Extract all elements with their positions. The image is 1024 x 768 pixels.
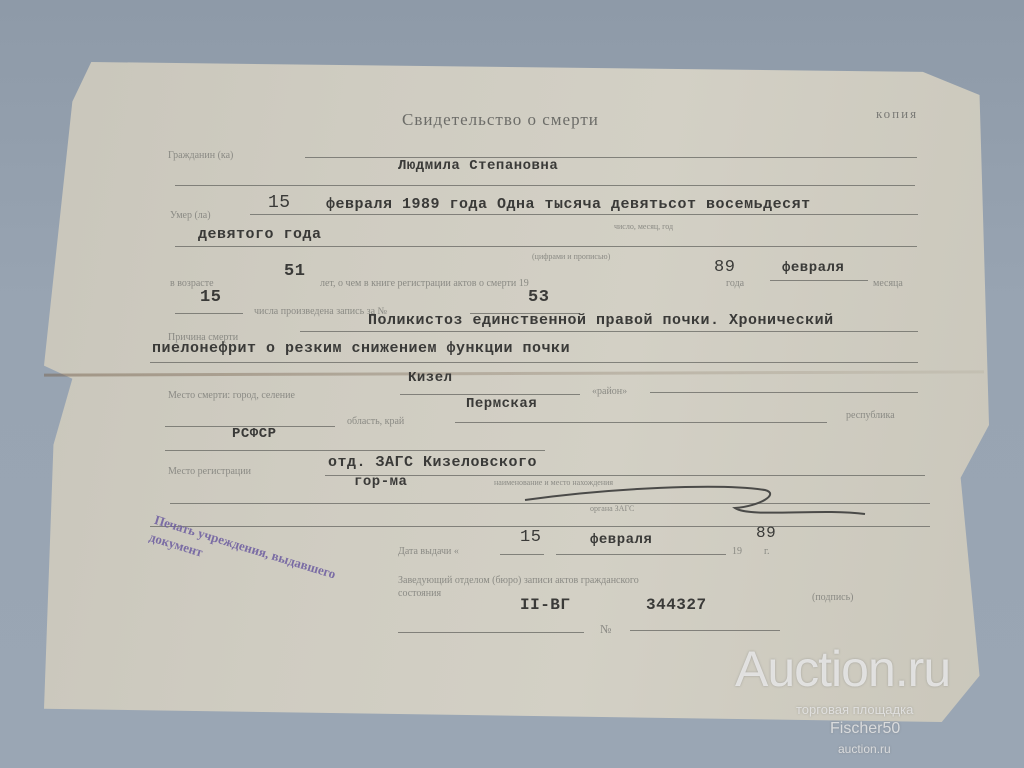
region-label: область, край — [347, 416, 404, 427]
district-label: «район» — [592, 386, 627, 397]
place-label: Место смерти: город, селение — [168, 390, 295, 401]
record-number: 53 — [528, 288, 549, 307]
city-value: Кизел — [408, 370, 453, 386]
rule — [398, 632, 584, 633]
rule — [556, 554, 726, 555]
rule — [455, 422, 827, 423]
watermark-brand: Auction.ru — [735, 640, 950, 698]
rule — [250, 214, 918, 215]
death-date-text-2: девятого года — [198, 226, 322, 243]
issue-date-label: Дата выдачи « — [398, 546, 459, 557]
rule — [325, 475, 925, 476]
issue-day: 15 — [520, 528, 541, 547]
death-date-text: февраля 1989 года Одна тысяча девятьсот … — [326, 196, 811, 213]
region-value: Пермская — [466, 396, 537, 412]
reg-month: февраля — [782, 260, 844, 276]
date-caption: число, месяц, год — [614, 222, 673, 231]
rule — [770, 280, 868, 281]
signature-scribble — [520, 478, 870, 528]
month-suffix: месяца — [873, 278, 903, 289]
age-suffix: лет, о чем в книге регистрации актов о с… — [320, 278, 529, 289]
age-value: 51 — [284, 262, 305, 281]
issue-year-prefix: 19 — [732, 546, 742, 557]
rule — [165, 450, 545, 451]
rule — [500, 554, 544, 555]
document-title: Свидетельство о смерти — [402, 110, 599, 130]
signature-caption: (подпись) — [812, 592, 854, 603]
reg-day: 15 — [200, 288, 221, 307]
rule — [175, 185, 915, 186]
watermark-tagline: торговая площадка — [796, 702, 913, 717]
rule — [630, 630, 780, 631]
reg-place-line-1: отд. ЗАГС Кизеловского — [328, 454, 537, 471]
watermark-site: auction.ru — [838, 742, 891, 756]
died-label: Умер (ла) — [170, 210, 211, 221]
reg-year: 89 — [714, 258, 735, 277]
reg-place-line-2: гор-ма — [354, 474, 407, 490]
number-sign: № — [600, 622, 611, 637]
copy-mark: копия — [876, 106, 918, 122]
rule — [305, 157, 917, 158]
rule — [150, 362, 918, 363]
issue-month: февраля — [590, 532, 652, 548]
cause-line-2: пиелонефрит о резким снижением функции п… — [152, 340, 570, 357]
rule — [400, 394, 580, 395]
year-suffix: года — [726, 278, 744, 289]
issue-year: 89 — [756, 524, 776, 542]
district-text: район — [597, 386, 622, 397]
republic-label: республика — [846, 410, 895, 421]
rule — [300, 331, 918, 332]
series-value: II-ВГ — [520, 596, 571, 614]
republic-value: РСФСР — [232, 426, 277, 442]
cause-line-1: Поликистоз единственной правой почки. Хр… — [368, 312, 834, 329]
rule — [650, 392, 918, 393]
digits-caption: (цифрами и прописью) — [532, 252, 610, 261]
reg-place-label: Место регистрации — [168, 466, 251, 477]
rule — [175, 246, 917, 247]
number-value: 344327 — [646, 596, 707, 614]
given-name: Людмила Степановна — [398, 158, 558, 174]
citizen-label: Гражданин (ка) — [168, 150, 233, 161]
rule — [175, 313, 243, 314]
death-day: 15 — [268, 193, 291, 213]
watermark-seller: Fischer50 — [830, 720, 900, 738]
year-abbr: г. — [764, 546, 769, 557]
